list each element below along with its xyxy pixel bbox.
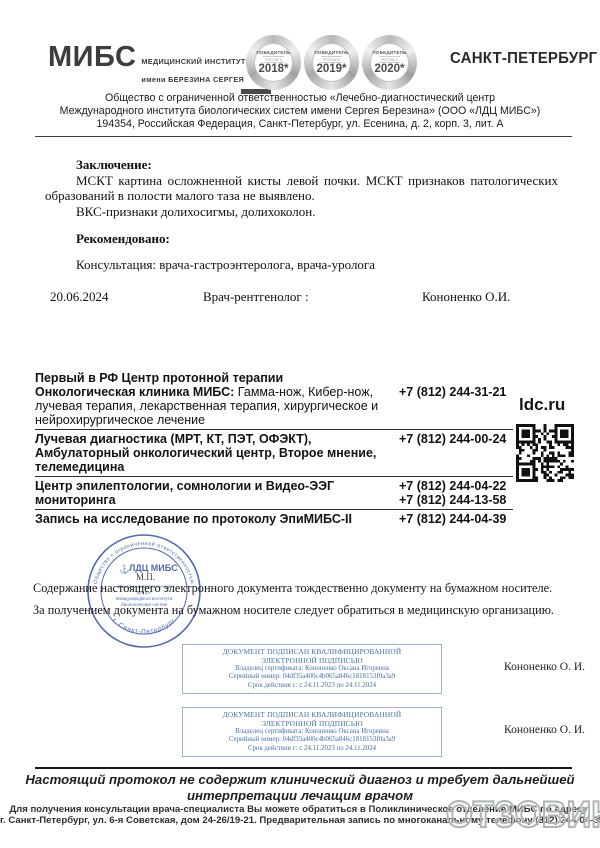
mibs-logo-line1: МЕДИЦИНСКИЙ ИНСТИТУТ <box>141 57 245 66</box>
service-text: Центр эпилептологии, сомнологии и Видео-… <box>35 479 397 507</box>
medal-2020-icon: ПОБЕДИТЕЛЬ РЕЙТИНГА 2020* <box>362 35 417 90</box>
service-text: Запись на исследование по протоколу ЭпиМ… <box>35 512 397 527</box>
header-divider <box>35 136 572 137</box>
digital-copy-notice-line2: За получением документа на бумажном носи… <box>33 603 593 618</box>
certificate-owner: Владелец сертификата: Кононенко Оксана И… <box>183 728 441 736</box>
medal-2019-icon: ПОБЕДИТЕЛЬ РЕЙТИНГА 2019* <box>304 35 359 90</box>
phone-number: +7 (812) 244-13-58 <box>399 493 513 507</box>
conclusion-text2: ВКС-признаки долихосигмы, долихоколон. <box>45 204 558 220</box>
company-line2: Международного института биологических с… <box>0 105 600 118</box>
conclusion-label: Заключение: <box>45 157 558 173</box>
service-bold-lead: Онкологическая клиника МИБС: <box>35 385 234 399</box>
signature-line: 20.06.2024 Врач-рентгенолог : Кононенко … <box>45 289 558 305</box>
certificate-serial: Серийный номер: 04df35a400c4b065a846c181… <box>183 673 441 681</box>
digital-copy-notice-line1: Содержание настоящего электронного докум… <box>33 581 593 596</box>
stamp-center-line3: Международного института <box>116 596 173 601</box>
digital-signature-box-1: ДОКУМЕНТ ПОДПИСАН КВАЛИФИЦИРОВАННОЙ ЭЛЕК… <box>182 644 442 694</box>
phone-number: +7 (812) 244-04-22 <box>399 479 513 493</box>
medal-2018-icon: ПОБЕДИТЕЛЬ РЕЙТИНГА 2018* <box>246 35 301 90</box>
signer-name-2: Кононенко О. И. <box>504 724 585 736</box>
service-text: Лучевая диагностика (МРТ, КТ, ПЭТ, ОФЭКТ… <box>35 432 397 474</box>
city-label: САНКТ-ПЕТЕРБУРГ <box>450 50 597 68</box>
medal-label: ПОБЕДИТЕЛЬ <box>372 50 406 55</box>
recommendation-text: Консультация: врача-гастроэнтеролога, вр… <box>45 257 558 273</box>
digital-signature-box-2: ДОКУМЕНТ ПОДПИСАН КВАЛИФИЦИРОВАННОЙ ЭЛЕК… <box>182 707 442 757</box>
services-table: Первый в РФ Центр протонной терапии Онко… <box>35 369 513 529</box>
service-row-diagnostics: Лучевая диагностика (МРТ, КТ, ПЭТ, ОФЭКТ… <box>35 429 513 476</box>
service-phones: +7 (812) 244-04-39 <box>397 512 513 527</box>
medal-core: ПОБЕДИТЕЛЬ РЕЙТИНГА 2018* <box>254 43 293 82</box>
medal-label: ПОБЕДИТЕЛЬ <box>314 50 348 55</box>
medal-sublabel: РЕЙТИНГА <box>379 56 400 63</box>
certificate-serial: Серийный номер: 04df35a400c4b065a846c181… <box>183 736 441 744</box>
signature-title2: ЭЛЕКТРОННОЙ ПОДПИСЬЮ <box>183 657 441 666</box>
service-text: Первый в РФ Центр протонной терапии Онко… <box>35 371 397 427</box>
certificate-validity: Срок действия с: с 24.11.2023 по 24.11.2… <box>183 682 441 690</box>
footer-divider <box>35 767 572 769</box>
doctor-name: Кононенко О.И. <box>422 289 510 305</box>
service-phones: +7 (812) 244-00-24 <box>397 432 513 474</box>
medal-year: 2019* <box>316 64 346 75</box>
anchor-icon: ⚓ <box>119 564 130 574</box>
document-page: МИБС МЕДИЦИНСКИЙ ИНСТИТУТ имени БЕРЕЗИНА… <box>0 0 600 848</box>
otzovik-watermark: ОТЗОВИК <box>446 794 600 836</box>
service-phones: +7 (812) 244-31-21 <box>397 371 513 427</box>
medal-core: ПОБЕДИТЕЛЬ РЕЙТИНГА 2019* <box>312 43 351 82</box>
doctor-role: Врач-рентгенолог : <box>203 289 309 305</box>
signature-title2: ЭЛЕКТРОННОЙ ПОДПИСЬЮ <box>183 720 441 729</box>
service-phones: +7 (812) 244-04-22 +7 (812) 244-13-58 <box>397 479 513 507</box>
award-medals: ПОБЕДИТЕЛЬ РЕЙТИНГА 2018* ПОБЕДИТЕЛЬ РЕЙ… <box>246 35 417 90</box>
signer-name-1: Кононенко О. И. <box>504 661 585 673</box>
report-body: Заключение: МСКТ картина осложненной кис… <box>45 157 558 305</box>
company-block: Общество с ограниченной ответственностью… <box>0 92 600 131</box>
svg-text:г. Санкт-Петербург: г. Санкт-Петербург <box>111 617 177 635</box>
company-line3: 194354, Российская Федерация, Санкт-Пете… <box>0 118 600 131</box>
phone-number: +7 (812) 244-00-24 <box>399 432 513 446</box>
phone-number: +7 (812) 244-31-21 <box>399 385 513 399</box>
qr-code-icon <box>516 424 574 482</box>
certificate-validity: Срок действия с: с 24.11.2023 по 24.11.2… <box>183 745 441 753</box>
medal-core: ПОБЕДИТЕЛЬ РЕЙТИНГА 2020* <box>370 43 409 82</box>
phone-number: +7 (812) 244-04-39 <box>399 512 513 526</box>
stamp-ring-bottom-text: г. Санкт-Петербург <box>111 617 177 635</box>
website-label: ldc.ru <box>519 395 565 415</box>
certificate-owner: Владелец сертификата: Кононенко Оксана И… <box>183 665 441 673</box>
service-title: Первый в РФ Центр протонной терапии <box>35 371 397 385</box>
medal-sublabel: РЕЙТИНГА <box>263 56 284 63</box>
mibs-logo-text: МИБС <box>48 42 136 72</box>
protocol-statement-line1: Настоящий протокол не содержит клиническ… <box>0 772 600 787</box>
conclusion-text: МСКТ картина осложненной кисты левой поч… <box>45 173 558 204</box>
service-row-oncology: Первый в РФ Центр протонной терапии Онко… <box>35 369 513 429</box>
company-line1: Общество с ограниченной ответственностью… <box>0 92 600 105</box>
medal-sublabel: РЕЙТИНГА <box>321 56 342 63</box>
report-date: 20.06.2024 <box>50 289 109 305</box>
service-row-epileptology: Центр эпилептологии, сомнологии и Видео-… <box>35 476 513 509</box>
recommended-label: Рекомендовано: <box>45 231 558 247</box>
medal-year: 2020* <box>374 64 404 75</box>
mibs-logo-line2: имени БЕРЕЗИНА СЕРГЕЯ <box>141 75 244 84</box>
service-row-epimibs: Запись на исследование по протоколу ЭпиМ… <box>35 509 513 529</box>
medal-label: ПОБЕДИТЕЛЬ <box>256 50 290 55</box>
medal-year: 2018* <box>258 64 288 75</box>
